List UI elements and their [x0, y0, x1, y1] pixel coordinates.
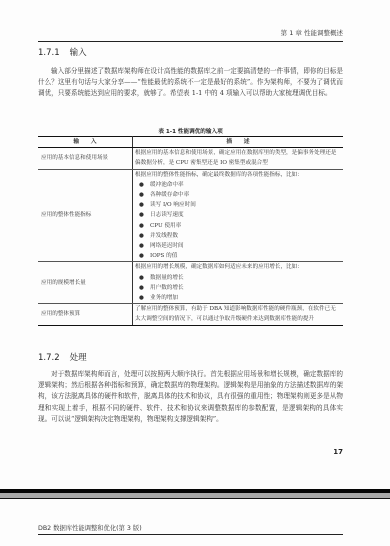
bullet-item: ●业务的增加 [135, 293, 341, 303]
bullet-icon: ● [139, 200, 150, 210]
bullet-text: 各种缓存命中率 [150, 192, 189, 198]
bullet-item: ●各种缓存命中率 [135, 190, 341, 200]
section-heading-processing: 1.7.2处理 [38, 351, 87, 363]
cell-input: 应用的规模增长量 [38, 262, 133, 304]
bullet-item: ●读写 I/O 响应时间 [135, 200, 341, 210]
bullet-item: ●CPU 使用率 [135, 221, 341, 231]
bullet-icon: ● [139, 231, 150, 241]
cell-input: 应用的整体性能指标 [38, 169, 133, 262]
bullet-text: 数据量的增长 [150, 275, 184, 281]
bullet-item: ●用户数的增长 [135, 283, 341, 293]
column-header-description: 描 述 [133, 137, 344, 148]
column-header-input: 输 入 [38, 137, 133, 148]
bullet-text: 网络延迟时间 [150, 243, 184, 249]
cell-description: 根据应用的基本信息和使用场景，确定应用在数据库里的类型，是偏事务处理还是偏数据分… [133, 148, 344, 169]
section-number: 1.7.1 [38, 48, 60, 58]
bullet-text: 缓冲池命中率 [150, 182, 184, 188]
table-row: 应用的基本信息和使用场景 根据应用的基本信息和使用场景，确定应用在数据库里的类型… [38, 148, 343, 169]
description-text: 根据应用的整体性能指标，确定最终数据库的各项性能指标，比如： [135, 172, 303, 178]
section-title-text: 输入 [70, 48, 87, 58]
table-caption: 表 1-1 性能调优的输入项 [38, 127, 343, 135]
section-number: 1.7.2 [38, 353, 60, 363]
section-title-text: 处理 [70, 353, 87, 363]
table-row: 应用的规模增长量 根据应用的增长规模，确定数据库如何适应未来的应用增长，比如： … [38, 262, 343, 304]
input-items-table: 输 入 描 述 应用的基本信息和使用场景 根据应用的基本信息和使用场景，确定应用… [38, 136, 343, 326]
bullet-icon: ● [139, 293, 150, 303]
book-title: DB2 数据库性能调整和优化(第 3 版) [38, 523, 142, 532]
bullet-text: 业务的增加 [150, 295, 178, 301]
page-number: 17 [330, 448, 343, 456]
bullet-item: ●IOPS 的值 [135, 251, 341, 261]
bullet-text: 日志读写速度 [150, 212, 184, 218]
bullet-item: ●数据量的增长 [135, 273, 341, 283]
bullet-icon: ● [139, 221, 150, 231]
bullet-icon: ● [139, 251, 150, 261]
bullet-item: ●日志读写速度 [135, 210, 341, 220]
bullet-icon: ● [139, 241, 150, 251]
section-heading-input: 1.7.1输入 [38, 46, 87, 58]
footer-rule [38, 534, 343, 535]
bullet-text: IOPS 的值 [150, 253, 177, 259]
header-rule [38, 41, 343, 42]
table-row: 应用的整体预算 了解应用的整体预算，有助于 DBA 知道影响数据库性能的硬件瓶颈… [38, 304, 343, 325]
bullet-text: 读写 I/O 响应时间 [150, 202, 196, 208]
bullet-text: CPU 使用率 [150, 223, 181, 229]
cell-description: 了解应用的整体预算，有助于 DBA 知道影响数据库性能的硬件瓶颈，在软件已无太大… [133, 304, 344, 325]
bullet-icon: ● [139, 283, 150, 293]
cell-input: 应用的基本信息和使用场景 [38, 148, 133, 169]
description-text: 根据应用的增长规模，确定数据库如何适应未来的应用增长，比如： [135, 264, 303, 270]
bullet-text: 并发线程数 [150, 233, 178, 239]
cell-description: 根据应用的整体性能指标，确定最终数据库的各项性能指标，比如： ●缓冲池命中率 ●… [133, 169, 344, 262]
table-header-row: 输 入 描 述 [38, 137, 343, 148]
bullet-item: ●网络延迟时间 [135, 241, 341, 251]
bullet-item: ●并发线程数 [135, 231, 341, 241]
cell-description: 根据应用的增长规模，确定数据库如何适应未来的应用增长，比如： ●数据量的增长 ●… [133, 262, 344, 304]
bullet-icon: ● [139, 210, 150, 220]
cell-input: 应用的整体预算 [38, 304, 133, 325]
paragraph-processing: 对于数据库架构师而言，处理可以按照两大顺序执行。首先根据应用场景和增长规模，确定… [38, 369, 343, 425]
bullet-icon: ● [139, 190, 150, 200]
table-row: 应用的整体性能指标 根据应用的整体性能指标，确定最终数据库的各项性能指标，比如：… [38, 169, 343, 262]
bullet-item: ●缓冲池命中率 [135, 180, 341, 190]
page-separator-line [0, 498, 390, 499]
bullet-text: 用户数的增长 [150, 285, 184, 291]
bullet-icon: ● [139, 273, 150, 283]
paragraph-input: 输入部分里描述了数据库架构师在设计高性能的数据库之前一定要搞清楚的一件事情，即你… [38, 66, 343, 100]
bullet-icon: ● [139, 180, 150, 190]
running-head: 第 1 章 性能调整概述 [38, 28, 343, 37]
